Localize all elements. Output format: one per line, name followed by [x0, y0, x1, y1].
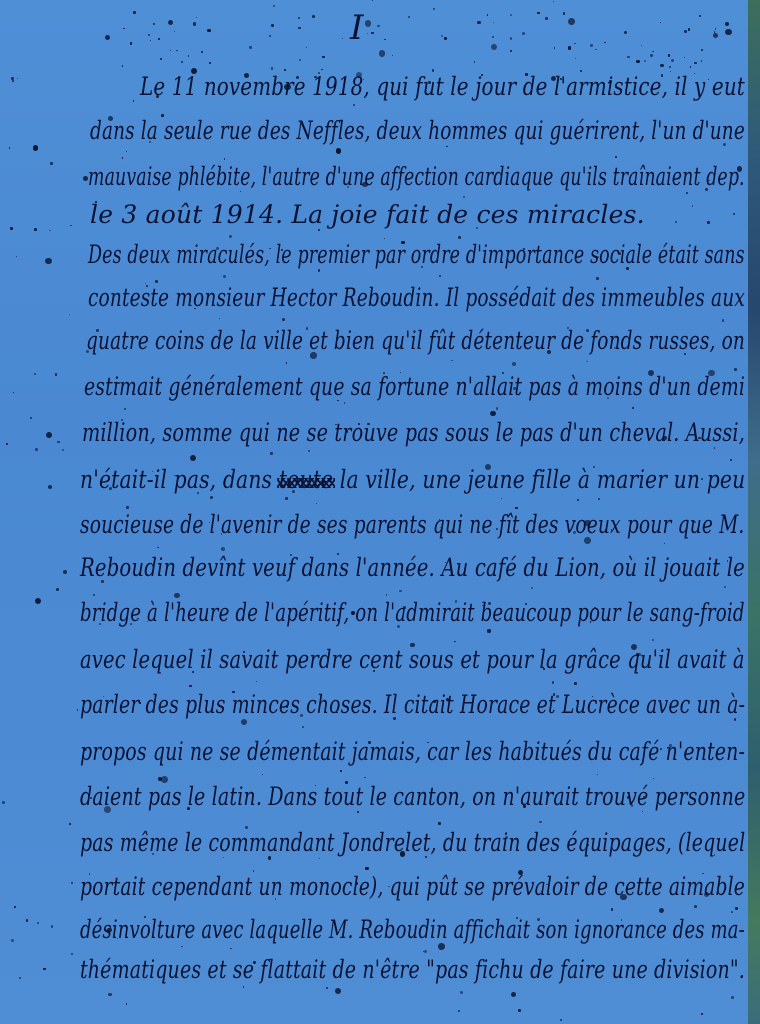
ink-speck [611, 908, 613, 910]
ink-speck [269, 35, 271, 37]
ink-speck [243, 986, 244, 987]
ink-speck [45, 258, 52, 265]
ink-speck [158, 777, 162, 781]
manuscript-line: portait cependant un monocle), qui pût s… [80, 872, 745, 901]
ink-speck [604, 42, 606, 44]
manuscript-line: parler des plus minces choses. Il citait… [80, 690, 745, 719]
ink-speck [692, 205, 694, 207]
ink-speck [176, 50, 178, 52]
ink-speck [392, 55, 393, 56]
ink-speck [545, 17, 548, 20]
ink-speck [50, 162, 53, 165]
manuscript-line: daient pas le latin. Dans tout le canton… [80, 782, 745, 811]
manuscript-line: propos qui ne se démentait jamais, car l… [80, 737, 745, 766]
ink-speck [586, 361, 588, 363]
ink-speck [652, 51, 654, 53]
ink-speck [552, 681, 555, 684]
ink-speck [335, 988, 341, 994]
ink-speck [219, 318, 220, 319]
ink-speck [627, 56, 630, 59]
ink-speck [690, 66, 692, 68]
ink-speck [189, 685, 192, 688]
ink-speck [644, 60, 646, 62]
manuscript-line: Des deux miraculés, le premier par ordre… [88, 240, 745, 269]
ink-speck [451, 360, 452, 361]
background-edge-strip [748, 0, 760, 1024]
ink-speck [123, 28, 125, 30]
ink-speck [568, 46, 571, 49]
ink-speck [725, 22, 730, 27]
ink-speck [302, 726, 304, 728]
ink-speck [298, 17, 300, 19]
ink-speck [271, 24, 274, 27]
ink-speck [188, 55, 190, 57]
ink-speck [63, 570, 67, 574]
ink-speck [372, 0, 373, 1]
ink-speck [326, 987, 328, 989]
ink-speck [377, 25, 380, 28]
ink-speck [458, 236, 461, 239]
ink-speck [650, 54, 653, 57]
ink-speck [241, 719, 247, 725]
ink-speck [273, 5, 275, 7]
ink-speck [122, 65, 124, 67]
ink-speck [43, 968, 45, 970]
ink-speck [33, 145, 38, 150]
ink-speck [731, 911, 733, 913]
ink-speck [694, 905, 697, 908]
ink-speck [560, 1019, 562, 1021]
ink-speck [221, 547, 225, 551]
ink-speck [196, 17, 197, 18]
ink-speck [357, 811, 358, 812]
ink-speck [596, 277, 599, 280]
ink-speck [707, 221, 710, 224]
ink-speck [70, 225, 71, 226]
ink-speck [286, 362, 288, 364]
ink-speck [56, 588, 59, 591]
manuscript-line: mauvaise phlébite, l'autre d'une affecti… [88, 162, 745, 191]
ink-speck [321, 69, 322, 70]
ink-speck [399, 590, 402, 593]
ink-speck [69, 823, 71, 825]
ink-speck [686, 192, 688, 194]
ink-speck [510, 14, 512, 16]
ink-speck [130, 42, 132, 44]
ink-speck [642, 811, 643, 812]
ink-speck [51, 925, 53, 927]
ink-speck [615, 156, 617, 158]
ink-speck [590, 44, 593, 47]
ink-speck [181, 61, 183, 63]
line-text: la ville, une jeune fille à marier un pe… [333, 465, 745, 494]
ink-speck [384, 39, 386, 41]
ink-speck [30, 417, 32, 419]
ink-speck [126, 1003, 128, 1005]
ink-speck [701, 49, 703, 51]
ink-speck [733, 213, 735, 215]
ink-speck [11, 939, 14, 942]
ink-speck [653, 778, 654, 779]
ink-speck [522, 32, 525, 35]
ink-speck [364, 777, 365, 778]
ink-speck [597, 774, 598, 775]
ink-speck [652, 639, 654, 641]
ink-speck [365, 867, 369, 871]
ink-speck [316, 503, 317, 504]
ink-speck [35, 598, 41, 604]
ink-speck [318, 269, 321, 272]
ink-speck [126, 151, 127, 152]
ink-speck [365, 20, 372, 27]
ink-speck [518, 1009, 521, 1012]
manuscript-line: Le 11 novembre 1918, qui fut le jour de … [140, 72, 745, 101]
ink-speck [512, 362, 516, 366]
ink-speck [71, 882, 73, 884]
ink-speck [577, 499, 579, 501]
ink-speck [285, 497, 288, 500]
ink-speck [490, 411, 496, 417]
ink-speck [715, 28, 717, 30]
ink-speck [439, 275, 441, 277]
ink-speck [312, 15, 315, 18]
ink-speck [14, 906, 16, 908]
ink-speck [158, 38, 160, 40]
ink-speck [474, 61, 476, 63]
line-text: n'était-il pas, dans [80, 465, 279, 494]
ink-speck [153, 23, 155, 25]
ink-speck [433, 8, 435, 10]
ink-speck [34, 373, 36, 375]
ink-speck [574, 43, 575, 44]
ink-speck [170, 50, 171, 51]
ink-speck [492, 36, 494, 38]
ink-speck [342, 38, 343, 39]
ink-speck [632, 407, 634, 409]
manuscript-line: n'était-il pas, dans toute la ville, une… [80, 465, 745, 494]
ink-speck [10, 227, 13, 230]
manuscript-line: avec lequel il savait perdre cent sous e… [80, 645, 745, 674]
ink-speck [493, 22, 494, 23]
ink-speck [595, 49, 597, 51]
ink-speck [124, 408, 126, 410]
ink-speck [122, 157, 124, 159]
ink-speck [636, 60, 639, 63]
ink-speck [539, 821, 542, 824]
ink-speck [181, 946, 182, 947]
ink-speck [624, 31, 627, 34]
ink-speck [730, 459, 732, 461]
ink-speck [671, 59, 674, 62]
ink-speck [694, 62, 697, 65]
ink-speck [224, 158, 225, 159]
ink-speck [19, 977, 21, 979]
ink-speck [209, 62, 211, 64]
ink-speck [249, 46, 252, 49]
ink-speck [298, 27, 300, 29]
ink-speck [223, 857, 224, 858]
ink-speck [190, 455, 197, 462]
ink-speck [598, 498, 600, 500]
ink-speck [17, 78, 19, 80]
ink-speck [371, 32, 374, 35]
ink-speck [299, 59, 302, 62]
ink-speck [725, 29, 731, 35]
ink-speck [444, 37, 447, 40]
manuscript-line: estimait généralement que sa fortune n'a… [84, 372, 745, 401]
ink-speck [26, 919, 28, 921]
ink-speck [336, 148, 342, 154]
ink-speck [344, 402, 346, 404]
ink-speck [384, 238, 385, 239]
ink-speck [201, 51, 203, 53]
ink-speck [340, 770, 342, 772]
manuscript-line: bridge à l'heure de l'apéritif, on l'adm… [80, 598, 745, 627]
ink-speck [35, 448, 38, 451]
ink-speck [318, 229, 320, 231]
ink-speck [441, 35, 443, 37]
ink-speck [11, 77, 14, 80]
ink-speck [491, 44, 497, 50]
ink-speck [367, 33, 368, 34]
manuscript-line: million, somme qui ne se trouve pas sous… [82, 418, 745, 447]
ink-speck [669, 66, 672, 69]
manuscript-line: dans la seule rue des Neffles, deux homm… [90, 116, 745, 145]
ink-speck [108, 993, 112, 997]
ink-speck [511, 992, 517, 998]
ink-speck [148, 34, 150, 36]
ink-speck [386, 594, 387, 595]
ink-speck [160, 58, 162, 60]
ink-speck [262, 774, 263, 775]
ink-speck [6, 443, 8, 445]
ink-speck [675, 221, 677, 223]
manuscript-line: thématiques et se flattait de n'être "pa… [80, 955, 745, 984]
ink-speck [34, 228, 37, 231]
ink-speck [126, 506, 129, 509]
ink-speck [714, 447, 715, 448]
ink-speck [133, 100, 134, 101]
ink-speck [438, 822, 441, 825]
ink-speck [659, 908, 664, 913]
ink-speck [62, 449, 64, 451]
ink-speck [510, 50, 512, 52]
manuscript-line: conteste monsieur Hector Reboudin. Il po… [88, 283, 745, 312]
struck-out-word: toute [279, 465, 333, 494]
ink-speck [105, 35, 110, 40]
ink-speck [174, 31, 175, 32]
chapter-heading: I [350, 8, 363, 48]
ink-speck [229, 235, 232, 238]
ink-speck [713, 33, 718, 38]
ink-speck [553, 1, 554, 2]
ink-speck [133, 11, 136, 14]
ink-speck [322, 56, 325, 59]
ink-speck [271, 67, 274, 70]
ink-speck [282, 318, 285, 321]
ink-speck [270, 452, 273, 455]
ink-speck [688, 28, 690, 30]
ink-speck [735, 907, 738, 910]
ink-speck [554, 47, 555, 48]
ink-speck [574, 682, 577, 685]
ink-speck [319, 858, 320, 859]
ink-speck [207, 29, 211, 33]
ink-speck [496, 407, 498, 409]
ink-speck [537, 12, 540, 15]
ink-speck [699, 15, 701, 17]
ink-speck [454, 641, 456, 643]
manuscript-line: désinvolture avec laquelle M. Reboudin a… [80, 915, 745, 944]
ink-speck [55, 373, 58, 376]
ink-speck [379, 50, 385, 56]
ink-speck [641, 45, 642, 46]
ink-speck [256, 681, 258, 683]
manuscript-line: le 3 août 1914. La joie fait de ces mira… [90, 200, 645, 229]
ink-speck [510, 37, 513, 40]
ink-speck [734, 368, 737, 371]
ink-speck [240, 191, 241, 192]
ink-speck [531, 587, 533, 589]
ink-speck [353, 104, 355, 106]
ink-speck [193, 22, 197, 26]
ink-speck [48, 485, 52, 489]
ink-speck [446, 146, 447, 147]
ink-speck [71, 953, 73, 955]
manuscript-page: I Le 11 novembre 1918, qui fut le jour d… [0, 0, 748, 1024]
ink-speck [660, 64, 663, 67]
ink-speck [9, 147, 11, 149]
ink-speck [722, 319, 724, 321]
ink-speck [668, 54, 671, 57]
ink-speck [724, 586, 726, 588]
ink-speck [16, 256, 17, 257]
ink-speck [49, 230, 51, 232]
ink-speck [487, 629, 490, 632]
ink-speck [69, 314, 70, 315]
ink-speck [210, 496, 213, 499]
manuscript-line: Reboudin devînt veuf dans l'année. Au ca… [80, 553, 745, 582]
ink-speck [77, 709, 78, 710]
ink-speck [568, 18, 575, 25]
ink-speck [12, 80, 14, 82]
ink-speck [463, 196, 465, 198]
ink-speck [477, 21, 480, 24]
manuscript-line: soucieuse de l'avenir de ses parents qui… [80, 510, 744, 539]
ink-speck [684, 30, 687, 33]
ink-speck [701, 60, 703, 62]
ink-speck [487, 14, 488, 15]
ink-speck [46, 432, 52, 438]
ink-speck [168, 20, 173, 25]
ink-speck [684, 57, 685, 58]
ink-speck [563, 12, 566, 15]
ink-speck [223, 275, 226, 278]
ink-speck [660, 22, 661, 23]
ink-speck [458, 1010, 460, 1012]
ink-speck [501, 498, 502, 499]
ink-speck [731, 996, 734, 999]
ink-speck [575, 58, 576, 59]
manuscript-line: quatre coins de la ville et bien qu'il f… [86, 326, 745, 355]
ink-speck [701, 1013, 703, 1015]
ink-speck [37, 922, 39, 924]
ink-speck [408, 16, 410, 18]
ink-speck [306, 47, 307, 48]
ink-speck [93, 594, 95, 596]
ink-speck [308, 450, 310, 452]
ink-speck [157, 547, 159, 549]
ink-speck [460, 991, 463, 994]
ink-speck [2, 801, 5, 804]
manuscript-line: pas même le commandant Jondrelet, du tra… [80, 828, 745, 857]
ink-speck [424, 950, 427, 953]
ink-speck [230, 948, 231, 949]
ink-speck [57, 441, 59, 443]
ink-speck [664, 543, 665, 544]
ink-speck [13, 392, 14, 393]
ink-speck [284, 69, 286, 71]
ink-speck [150, 40, 151, 41]
